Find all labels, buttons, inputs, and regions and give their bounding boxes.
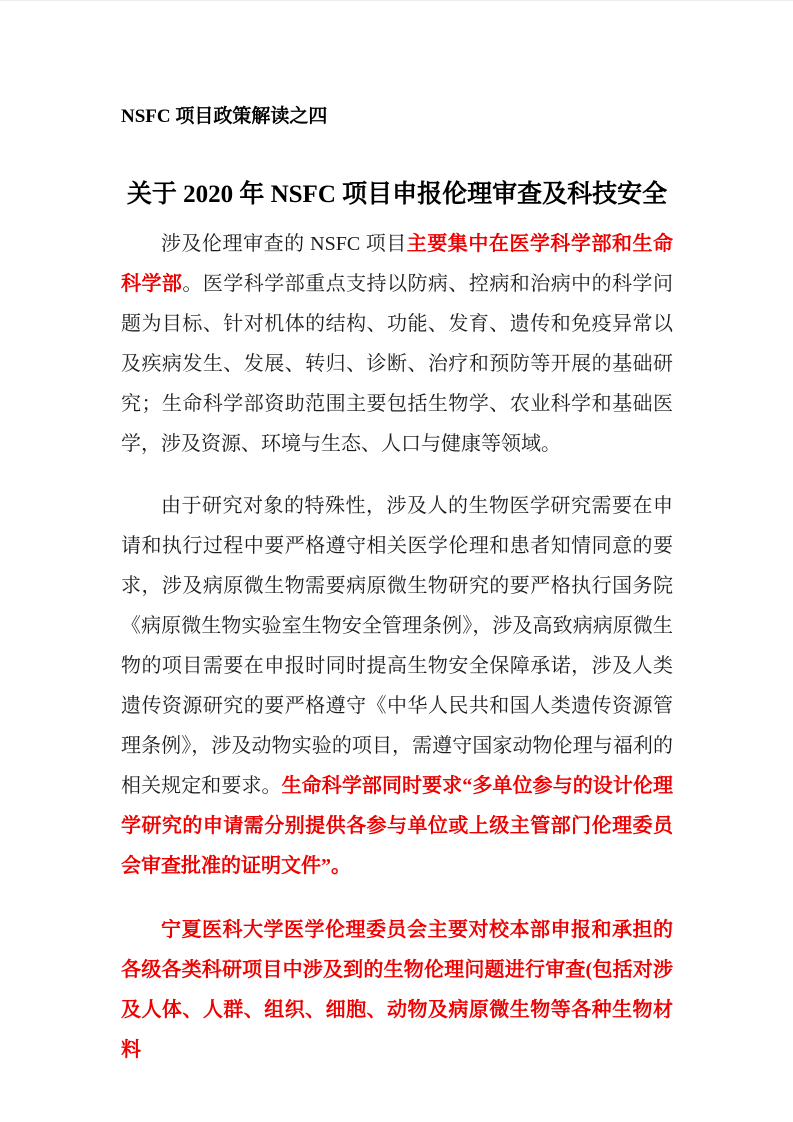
paragraph-ethics-committee: 宁夏医科大学医学伦理委员会主要对校本部申报和承担的各级各类科研项目中涉及到的生物… bbox=[121, 910, 673, 1070]
text-segment: 。医学科学部重点支持以防病、控病和治病中的科学问题为目标、针对机体的结构、功能、… bbox=[121, 273, 673, 455]
document-page: { "document": { "kicker": "NSFC 项目政策解读之四… bbox=[0, 0, 793, 1122]
text-segment: 由于研究对象的特殊性，涉及人的生物医学研究需要在申请和执行过程中要严格遵守相关医… bbox=[121, 495, 673, 797]
document-body: 涉及伦理审查的 NSFC 项目主要集中在医学科学部和生命科学部。医学科学部重点支… bbox=[121, 224, 673, 1070]
document-title: 关于 2020 年 NSFC 项目申报伦理审查及科技安全 bbox=[121, 180, 673, 210]
red-emphasis-segment: 宁夏医科大学医学伦理委员会主要对校本部申报和承担的各级各类科研项目中涉及到的生物… bbox=[121, 919, 673, 1061]
page-content: NSFC 项目政策解读之四 关于 2020 年 NSFC 项目申报伦理审查及科技… bbox=[121, 106, 673, 1070]
paragraph-requirements: 由于研究对象的特殊性，涉及人的生物医学研究需要在申请和执行过程中要严格遵守相关医… bbox=[121, 486, 673, 886]
series-kicker: NSFC 项目政策解读之四 bbox=[121, 106, 673, 128]
text-segment: 涉及伦理审查的 NSFC 项目 bbox=[161, 233, 407, 255]
paragraph-scope: 涉及伦理审查的 NSFC 项目主要集中在医学科学部和生命科学部。医学科学部重点支… bbox=[121, 224, 673, 464]
